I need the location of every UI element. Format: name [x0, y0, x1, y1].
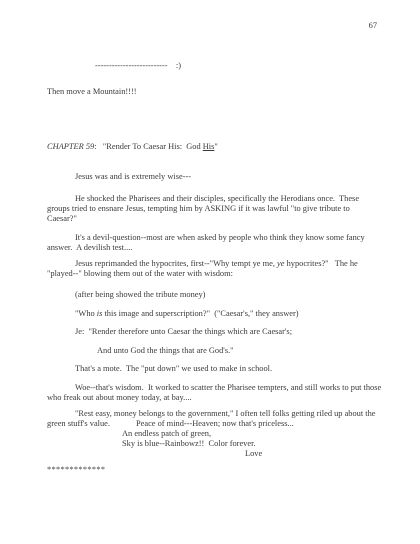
rest-easy-line2-right: Peace of mind---Heaven; now that's price…	[136, 419, 294, 428]
love-signoff: Love	[245, 449, 394, 459]
mountain-line: Then move a Mountain!!!!	[47, 87, 394, 97]
para-mote: That's a mote. The "put down" we used to…	[47, 364, 394, 374]
chapter-label: CHAPTER 59	[47, 142, 94, 151]
chapter-title-underlined: His	[203, 142, 215, 151]
para-image-pre: "Who	[75, 309, 97, 318]
para-green-line: An endless patch of green,	[122, 429, 394, 439]
chapter-heading: CHAPTER 59: "Render To Caesar His: God H…	[47, 142, 394, 152]
para-shocked: He shocked the Pharisees and their disci…	[47, 194, 394, 224]
para-render-caesar: Je: "Render therefore unto Caesar the th…	[47, 327, 394, 337]
para-tribute-money: (after being showed the tribute money)	[47, 290, 394, 300]
para-sky-line: Sky is blue--Rainbowz!! Color forever.	[122, 439, 394, 449]
para-wise: Jesus was and is extremely wise---	[47, 172, 394, 182]
chapter-separator: :	[94, 142, 103, 151]
asterisk-divider: *************	[47, 465, 394, 475]
para-reprimand: Jesus reprimanded the hypocrites, first-…	[47, 259, 394, 279]
chapter-title-prefix: "Render To Caesar His: God	[103, 142, 203, 151]
para-unto-god: And unto God the things that are God's."	[47, 346, 394, 356]
divider-line: -------------------------- :)	[95, 61, 394, 71]
para-devil-question: It's a devil-question--most are when ask…	[47, 233, 394, 253]
chapter-title-suffix: "	[214, 142, 217, 151]
para-reprimand-pre: Jesus reprimanded the hypocrites, first-…	[75, 259, 277, 268]
para-rest-easy-line1: "Rest easy, money belongs to the governm…	[47, 409, 394, 419]
para-image-post: this image and superscription?" ("Caesar…	[102, 309, 298, 318]
document-page: 67 -------------------------- :) Then mo…	[0, 0, 420, 544]
para-woe-wisdom: Woe--that's wisdom. It worked to scatter…	[47, 383, 394, 403]
rest-easy-line2-left: green stuff's value.	[47, 419, 110, 428]
page-number: 67	[47, 21, 394, 31]
para-rest-easy-line2: green stuff's value.Peace of mind---Heav…	[47, 419, 394, 429]
para-image-question: "Who is this image and superscription?" …	[47, 309, 394, 319]
